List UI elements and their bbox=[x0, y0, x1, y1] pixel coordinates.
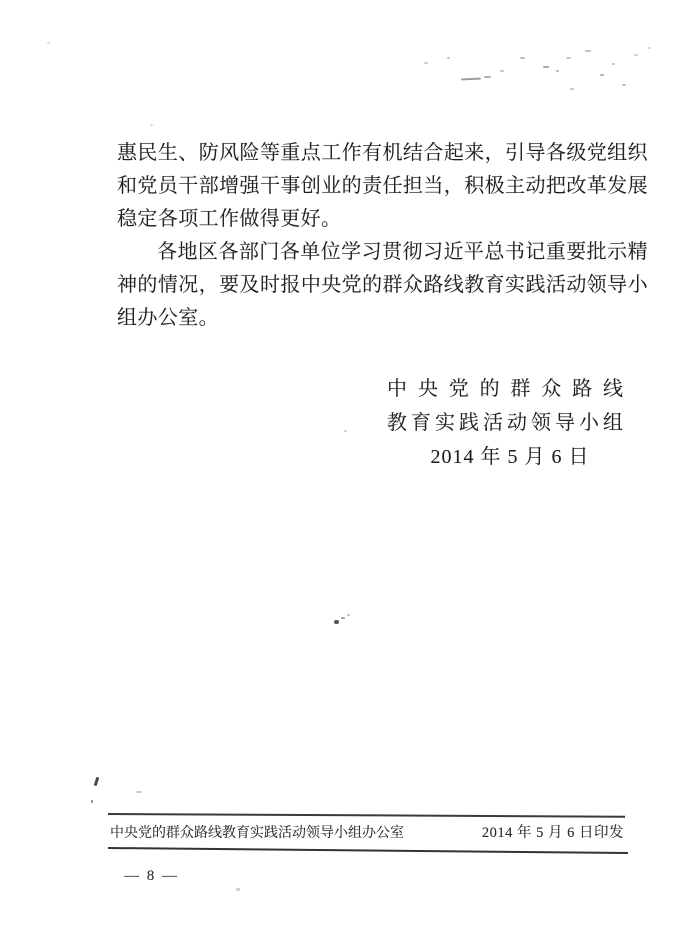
pen-tick-mark bbox=[94, 777, 100, 786]
footer-issuer: 中央党的群众路线教育实践活动领导小组办公室 bbox=[110, 822, 404, 842]
scan-noise-speck bbox=[570, 88, 574, 90]
signature-org-line1: 中央党的群众路线 bbox=[387, 372, 623, 406]
paragraph1-line1: 惠民生、防风险等重点工作有机结合起来，引导各级党组织 bbox=[117, 137, 648, 170]
scan-noise-speck bbox=[484, 76, 491, 78]
footer-rule-top bbox=[108, 813, 625, 817]
scan-noise-speck bbox=[500, 70, 504, 72]
footer-rule-bottom bbox=[108, 847, 628, 854]
paragraph2-line2: 神的情况，要及时报中央党的群众路线教育实践活动领导小 bbox=[117, 269, 648, 302]
scan-noise-speck bbox=[520, 57, 525, 59]
scan-noise-speck bbox=[634, 54, 638, 56]
scan-noise-speck bbox=[612, 63, 615, 65]
paragraph2-line1: 各地区各部门各单位学习贯彻习近平总书记重要批示精 bbox=[117, 236, 648, 269]
paragraph1-line2: 和党员干部增强干事创业的责任担当，积极主动把改革发展 bbox=[117, 170, 648, 203]
scan-noise-speck bbox=[344, 430, 347, 432]
scan-noise-speck bbox=[556, 70, 559, 72]
scan-noise-speck bbox=[600, 74, 604, 76]
scan-noise-speck bbox=[136, 791, 142, 793]
page-number: — 8 — bbox=[124, 868, 179, 885]
scanned-document-page: 惠民生、防风险等重点工作有机结合起来，引导各级党组织 和党员干部增强干事创业的责… bbox=[0, 0, 693, 952]
footer-print-date: 2014 年 5 月 6 日印发 bbox=[482, 821, 624, 842]
scan-noise-speck bbox=[543, 66, 549, 68]
scan-noise-smudge bbox=[461, 78, 481, 81]
scan-noise-speck bbox=[47, 42, 50, 44]
scan-noise-speck bbox=[447, 57, 450, 59]
scan-noise-speck bbox=[347, 614, 350, 616]
body-text: 惠民生、防风险等重点工作有机结合起来，引导各级党组织 和党员干部增强干事创业的责… bbox=[117, 137, 648, 335]
scan-noise-speck bbox=[622, 84, 626, 86]
scan-noise-speck bbox=[648, 47, 651, 49]
signature-block: 中央党的群众路线 教育实践活动领导小组 2014 年 5 月 6 日 bbox=[387, 372, 623, 474]
paragraph2-line3: 组办公室。 bbox=[117, 302, 648, 335]
scan-noise-speck bbox=[424, 62, 428, 64]
signature-org-line2: 教育实践活动领导小组 bbox=[387, 406, 623, 440]
scan-noise-speck bbox=[566, 57, 571, 59]
scan-noise-speck bbox=[236, 888, 240, 891]
ink-dot bbox=[334, 620, 339, 624]
signature-date: 2014 年 5 月 6 日 bbox=[387, 440, 623, 474]
paragraph1-line3: 稳定各项工作做得更好。 bbox=[117, 203, 648, 236]
scan-noise-speck bbox=[585, 50, 591, 52]
scan-noise-speck bbox=[150, 124, 153, 126]
footer-row: 中央党的群众路线教育实践活动领导小组办公室 2014 年 5 月 6 日印发 bbox=[110, 821, 624, 842]
scan-noise-speck bbox=[341, 617, 345, 619]
pen-tick-mark bbox=[91, 800, 93, 803]
